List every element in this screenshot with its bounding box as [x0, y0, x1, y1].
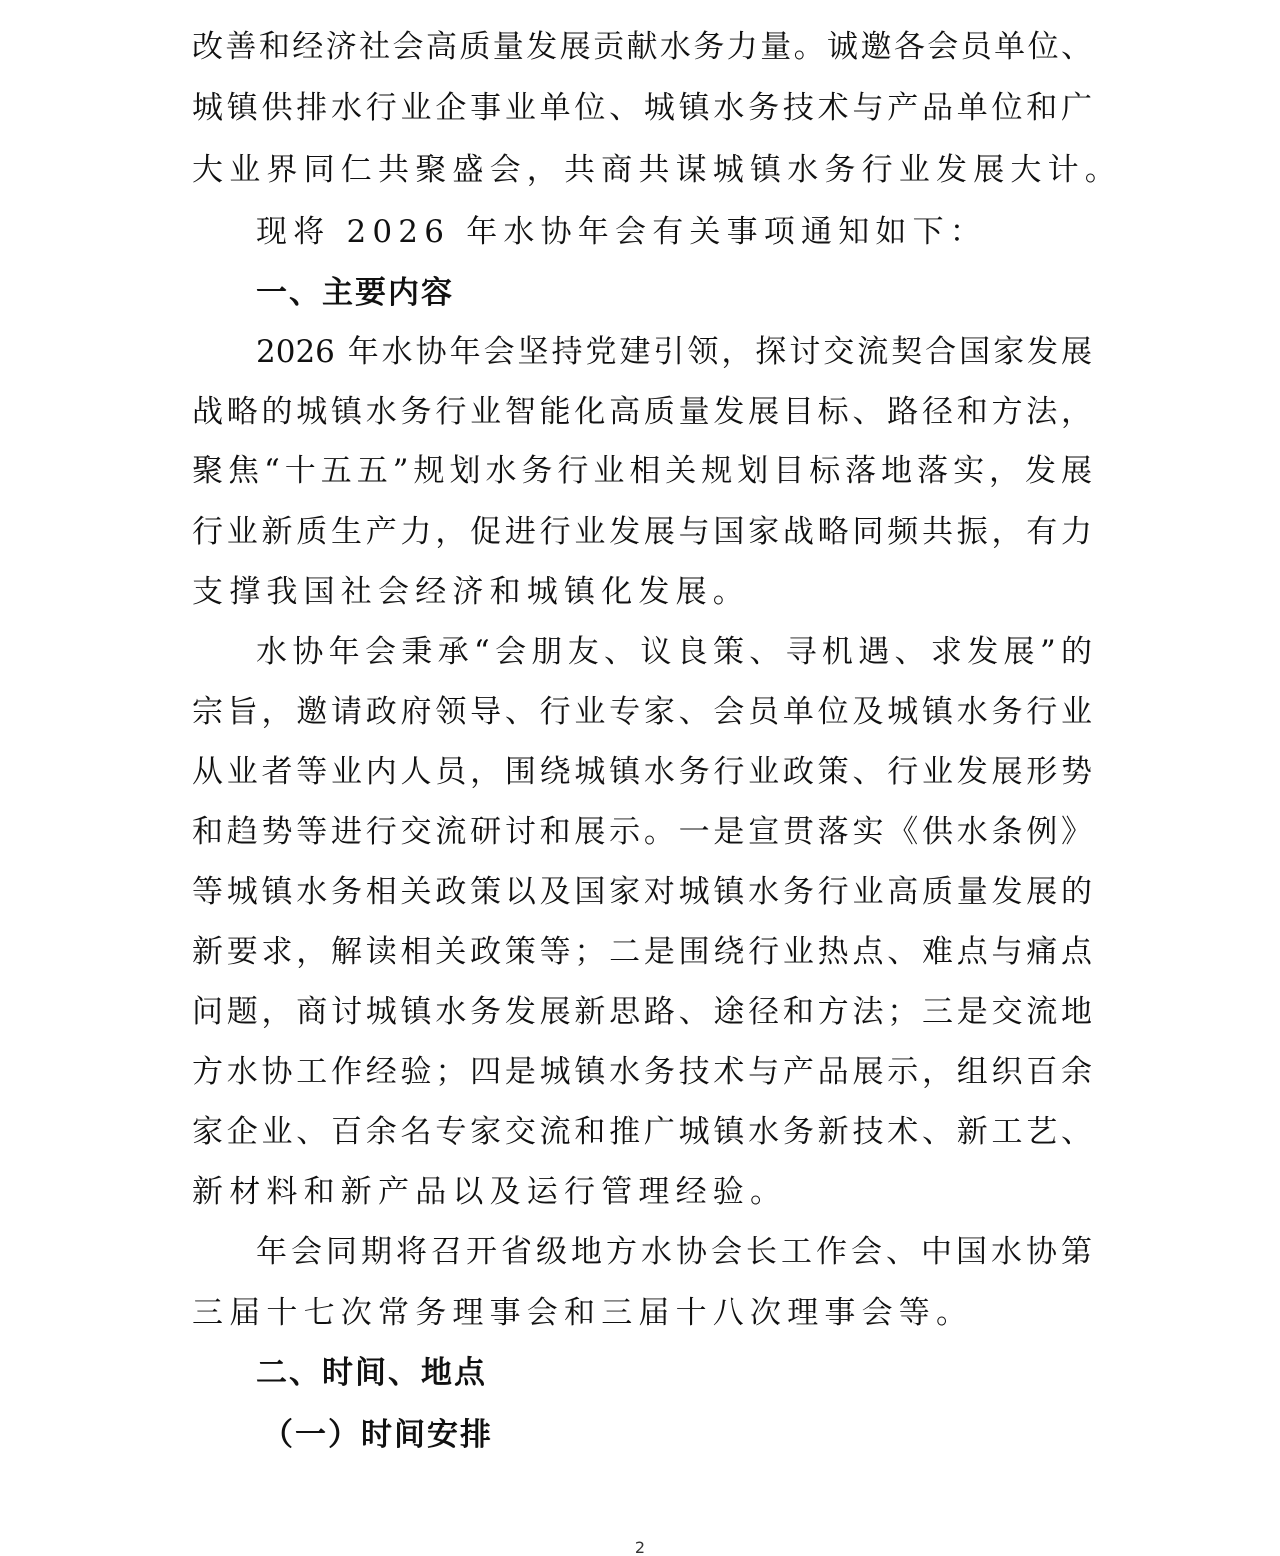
paragraph-line: 新要求，解读相关政策等；二是围绕行业热点、难点与痛点	[192, 932, 1092, 972]
paragraph-line: 聚焦“十五五”规划水务行业相关规划目标落地落实，发展	[192, 451, 1092, 491]
paragraph-line: 家企业、百余名专家交流和推广城镇水务新技术、新工艺、	[192, 1112, 1092, 1152]
subsection-heading-schedule: （一）时间安排	[262, 1415, 1162, 1455]
paragraph-line: 问题，商讨城镇水务发展新思路、途径和方法；三是交流地	[192, 992, 1092, 1032]
paragraph-line: 大业界同仁共聚盛会，共商共谋城镇水务行业发展大计。	[192, 150, 1092, 190]
document-page: 改善和经济社会高质量发展贡献水务力量。诚邀各会员单位、 城镇供排水行业企事业单位…	[0, 0, 1280, 1556]
page-number: 2	[0, 1538, 1280, 1556]
paragraph-line: 2026 年水协年会坚持党建引领，探讨交流契合国家发展	[256, 332, 1092, 372]
paragraph-line: 宗旨，邀请政府领导、行业专家、会员单位及城镇水务行业	[192, 692, 1092, 732]
paragraph-line: 支撑我国社会经济和城镇化发展。	[192, 572, 1092, 612]
paragraph-line: 城镇供排水行业企事业单位、城镇水务技术与产品单位和广	[192, 88, 1092, 128]
paragraph-line: 从业者等业内人员，围绕城镇水务行业政策、行业发展形势	[192, 752, 1092, 792]
paragraph-line: 行业新质生产力，促进行业发展与国家战略同频共振，有力	[192, 512, 1092, 552]
paragraph-line: 方水协工作经验；四是城镇水务技术与产品展示，组织百余	[192, 1052, 1092, 1092]
section-heading-main-content: 一、主要内容	[256, 273, 1092, 313]
paragraph-line: 和趋势等进行交流研讨和展示。一是宣贯落实《供水条例》	[192, 812, 1092, 852]
paragraph-line: 新材料和新产品以及运行管理经验。	[192, 1172, 1092, 1212]
paragraph-line: 改善和经济社会高质量发展贡献水务力量。诚邀各会员单位、	[192, 27, 1092, 67]
paragraph-line: 年会同期将召开省级地方水协会长工作会、中国水协第	[256, 1232, 1092, 1272]
paragraph-line: 水协年会秉承“会朋友、议良策、寻机遇、求发展”的	[256, 632, 1092, 672]
paragraph-line: 三届十七次常务理事会和三届十八次理事会等。	[192, 1293, 1092, 1333]
paragraph-line: 战略的城镇水务行业智能化高质量发展目标、路径和方法，	[192, 392, 1092, 432]
section-heading-time-location: 二、时间、地点	[256, 1353, 1092, 1393]
paragraph-line: 等城镇水务相关政策以及国家对城镇水务行业高质量发展的	[192, 872, 1092, 912]
paragraph-line: 现将 2026 年水协年会有关事项通知如下：	[256, 212, 1092, 252]
